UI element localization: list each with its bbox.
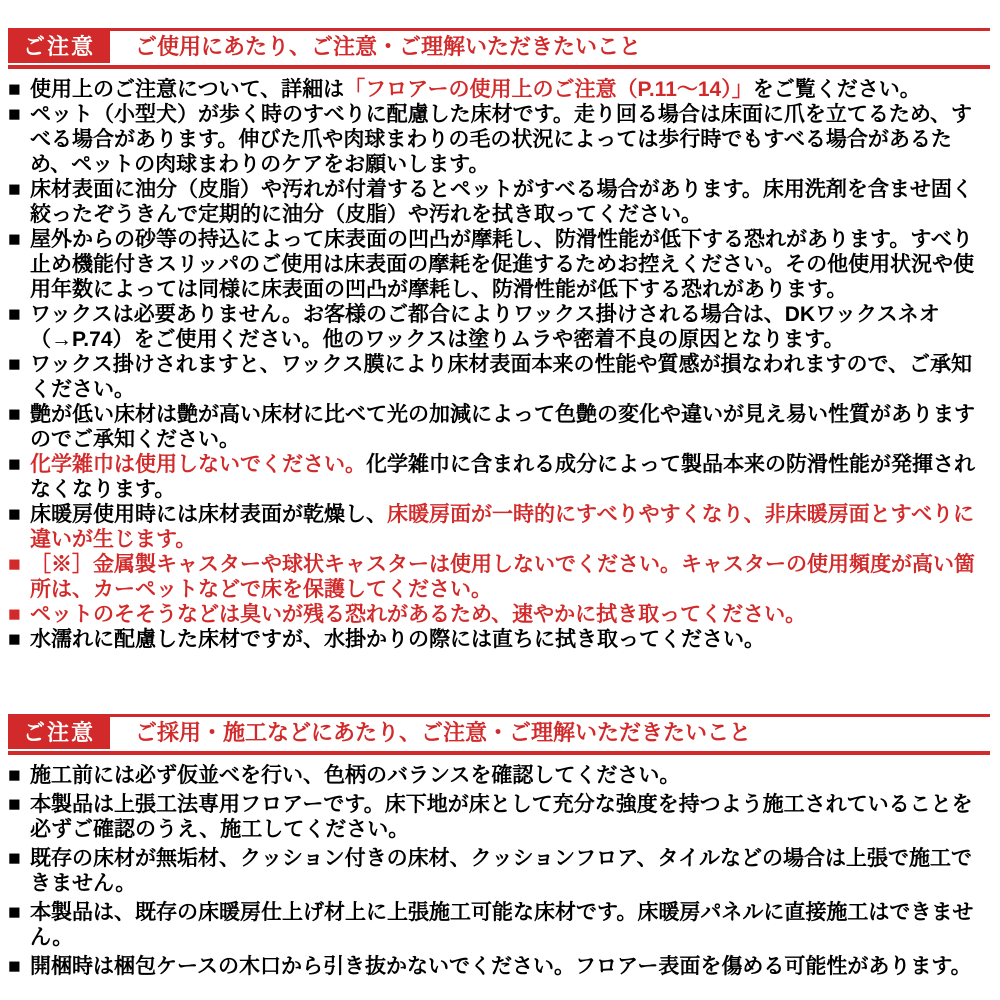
notice-item: ■開梱時は梱包ケースの木口から引き抜かないでください。フロアー表面を傷める可能性… [8, 954, 990, 979]
bullet-square-icon: ■ [8, 227, 30, 252]
usage-notice-list: ■使用上のご注意について、詳細は「フロアーの使用上のご注意（P.11〜14）」を… [8, 77, 990, 652]
notice-text-segment: 水濡れに配慮した床材ですが、水掛かりの際には直ちに拭き取ってください。 [30, 628, 765, 651]
notice-text-segment: ［※］金属製キャスターや球状キャスターは使用しないでください。キャスターの使用頻… [30, 553, 975, 601]
notice-item: ■ワックス掛けされますと、ワックス膜により床材表面本来の性能や質感が損なわれます… [8, 352, 990, 402]
caution-badge: ご注意 [8, 31, 110, 63]
notice-item: ■水濡れに配慮した床材ですが、水掛かりの際には直ちに拭き取ってください。 [8, 627, 990, 652]
bullet-square-icon: ■ [8, 352, 30, 377]
bullet-square-icon: ■ [8, 552, 30, 577]
bullet-square-icon: ■ [8, 954, 30, 979]
bullet-square-icon: ■ [8, 900, 30, 925]
installation-notice-list: ■施工前には必ず仮並べを行い、色柄のバランスを確認してください。■本製品は上張工… [8, 763, 990, 979]
notice-item: ■［※］金属製キャスターや球状キャスターは使用しないでください。キャスターの使用… [8, 552, 990, 602]
notice-text-segment: ペット（小型犬）が歩く時のすべりに配慮した床材です。走り回る場合は床面に爪を立て… [30, 103, 972, 176]
notice-item: ■化学雑巾は使用しないでください。化学雑巾に含まれる成分によって製品本来の防滑性… [8, 452, 990, 502]
notice-text-segment: 施工前には必ず仮並べを行い、色柄のバランスを確認してください。 [30, 764, 680, 787]
notice-item: ■艶が低い床材は艶が高い床材に比べて光の加減によって色艶の変化や違いが見え易い性… [8, 402, 990, 452]
notice-item: ■本製品は上張工法専用フロアーです。床下地が床として充分な強度を持つよう施工され… [8, 792, 990, 842]
installation-notice-header: ご注意 ご採用・施工などにあたり、ご注意・ご理解いただきたいこと [8, 714, 990, 755]
catalog-notice-page: ご注意 ご使用にあたり、ご注意・ご理解いただきたいこと ■使用上のご注意について… [0, 0, 1000, 979]
notice-text-segment: 化学雑巾は使用しないでください。 [30, 453, 366, 476]
bullet-square-icon: ■ [8, 502, 30, 527]
notice-text-segment: 屋外からの砂等の持込によって床表面の凹凸が摩耗し、防滑性能が低下する恐れがありま… [30, 228, 974, 301]
notice-text-segment: ワックス掛けされますと、ワックス膜により床材表面本来の性能や質感が損なわれますの… [30, 353, 972, 401]
bullet-square-icon: ■ [8, 177, 30, 202]
bullet-square-icon: ■ [8, 77, 30, 102]
bullet-square-icon: ■ [8, 627, 30, 652]
bullet-square-icon: ■ [8, 602, 30, 627]
notice-item: ■既存の床材が無垢材、クッション付きの床材、クッションフロア、タイルなどの場合は… [8, 846, 990, 896]
notice-text-segment: 床材表面に油分（皮脂）や汚れが付着するとペットがすべる場合があります。床用洗剤を… [30, 178, 973, 226]
notice-text-segment: ペットのそそうなどは臭いが残る恐れがあるため、速やかに拭き取ってください。 [30, 603, 806, 626]
notice-item: ■ペットのそそうなどは臭いが残る恐れがあるため、速やかに拭き取ってください。 [8, 602, 990, 627]
notice-item: ■床材表面に油分（皮脂）や汚れが付着するとペットがすべる場合があります。床用洗剤… [8, 177, 990, 227]
notice-item: ■本製品は、既存の床暖房仕上げ材上に上張施工可能な床材です。床暖房パネルに直接施… [8, 900, 990, 950]
bullet-square-icon: ■ [8, 846, 30, 871]
notice-text-segment: 「フロアーの使用上のご注意（P.11〜14）」 [344, 78, 753, 101]
usage-notice-header: ご注意 ご使用にあたり、ご注意・ご理解いただきたいこと [8, 28, 990, 69]
notice-text-segment: 既存の床材が無垢材、クッション付きの床材、クッションフロア、タイルなどの場合は上… [30, 847, 972, 895]
notice-item: ■ペット（小型犬）が歩く時のすべりに配慮した床材です。走り回る場合は床面に爪を立… [8, 102, 990, 177]
usage-notice-title: ご使用にあたり、ご注意・ご理解いただきたいこと [123, 31, 990, 63]
bullet-square-icon: ■ [8, 792, 30, 817]
bullet-square-icon: ■ [8, 452, 30, 477]
bullet-square-icon: ■ [8, 302, 30, 327]
notice-text-segment: ワックスは必要ありません。お客様のご都合によりワックス掛けされる場合は、DKワッ… [30, 303, 940, 351]
bullet-square-icon: ■ [8, 402, 30, 427]
bullet-square-icon: ■ [8, 763, 30, 788]
notice-text-segment: 本製品は、既存の床暖房仕上げ材上に上張施工可能な床材です。床暖房パネルに直接施工… [30, 901, 973, 949]
notice-text-segment: 開梱時は梱包ケースの木口から引き抜かないでください。フロアー表面を傷める可能性が… [30, 955, 972, 978]
bullet-square-icon: ■ [8, 102, 30, 127]
notice-item: ■施工前には必ず仮並べを行い、色柄のバランスを確認してください。 [8, 763, 990, 788]
notice-text-segment: 床暖房使用時には床材表面が乾燥し、 [30, 503, 387, 526]
notice-item: ■屋外からの砂等の持込によって床表面の凹凸が摩耗し、防滑性能が低下する恐れがあり… [8, 227, 990, 302]
notice-text-segment: 使用上のご注意について、詳細は [30, 78, 344, 101]
usage-notice-section: ご注意 ご使用にあたり、ご注意・ご理解いただきたいこと ■使用上のご注意について… [8, 28, 990, 652]
notice-text-segment: 艶が低い床材は艶が高い床材に比べて光の加減によって色艶の変化や違いが見え易い性質… [30, 403, 975, 451]
notice-text-segment: 本製品は上張工法専用フロアーです。床下地が床として充分な強度を持つよう施工されて… [30, 793, 973, 841]
notice-item: ■ワックスは必要ありません。お客様のご都合によりワックス掛けされる場合は、DKワ… [8, 302, 990, 352]
installation-notice-title: ご採用・施工などにあたり、ご注意・ご理解いただきたいこと [123, 717, 990, 749]
notice-text-segment: をご覧ください。 [753, 78, 921, 101]
notice-item: ■床暖房使用時には床材表面が乾燥し、床暖房面が一時的にすべりやすくなり、非床暖房… [8, 502, 990, 552]
installation-notice-section: ご注意 ご採用・施工などにあたり、ご注意・ご理解いただきたいこと ■施工前には必… [8, 714, 990, 979]
notice-item: ■使用上のご注意について、詳細は「フロアーの使用上のご注意（P.11〜14）」を… [8, 77, 990, 102]
caution-badge: ご注意 [8, 717, 110, 749]
